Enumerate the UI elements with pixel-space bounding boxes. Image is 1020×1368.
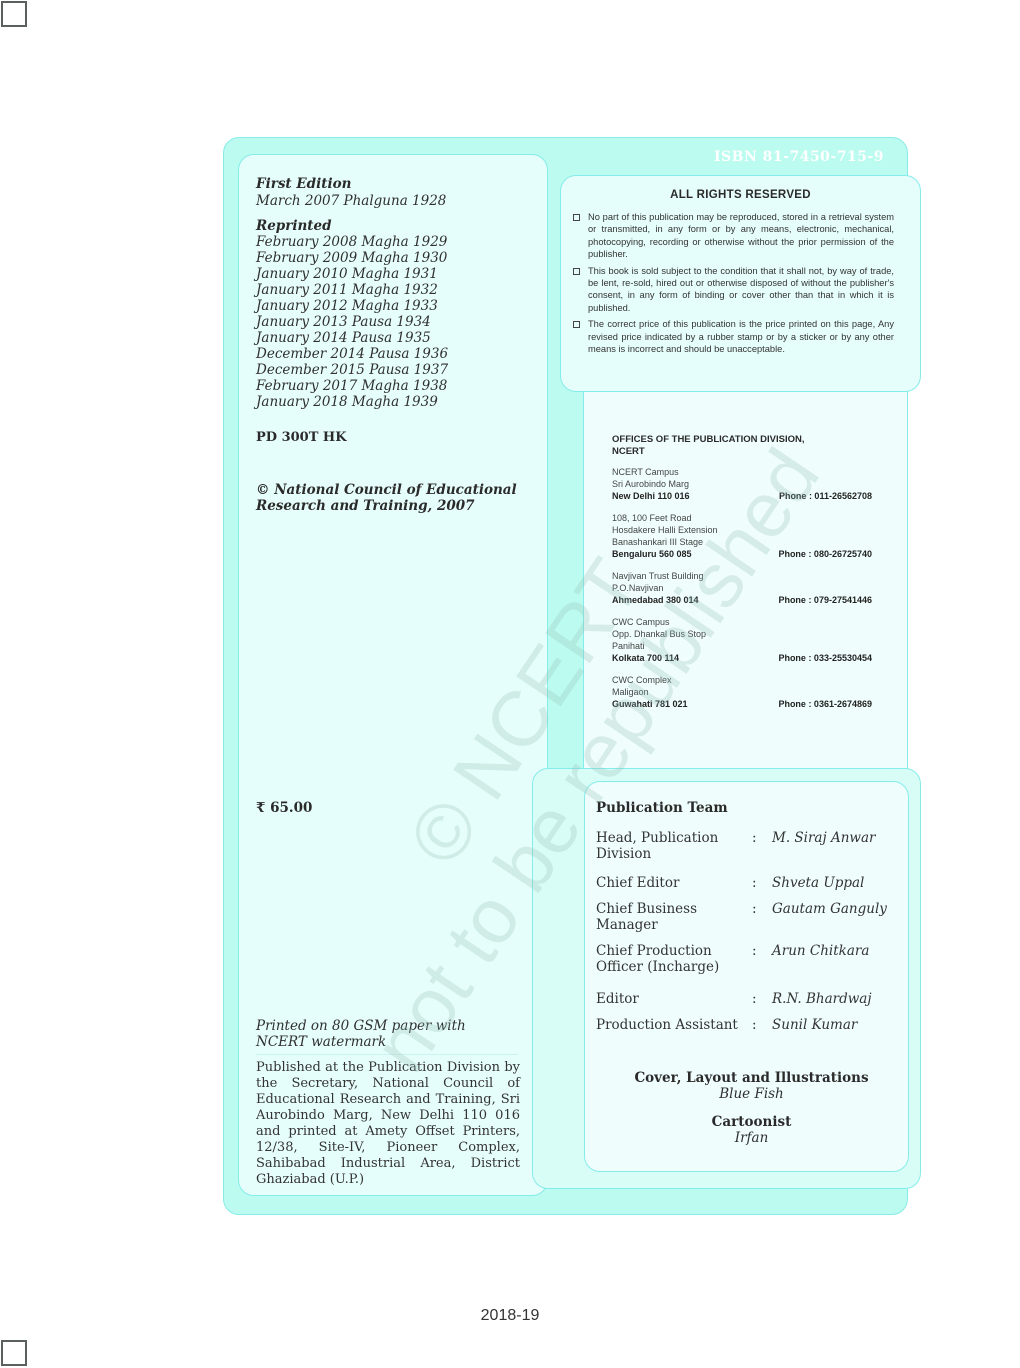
checkbox-bullet-icon	[573, 214, 580, 221]
reprint-history: Reprinted February 2008 Magha 1929 Febru…	[256, 218, 448, 410]
checkbox-bullet-icon	[573, 268, 580, 275]
rights-item-text: This book is sold subject to the conditi…	[588, 266, 894, 313]
team-separator: :	[752, 830, 757, 846]
team-member-name: Arun Chitkara	[772, 943, 869, 959]
team-role: Chief Production Officer (Incharge)	[596, 943, 746, 975]
checkbox-bullet-icon	[573, 321, 580, 328]
rights-title: ALL RIGHTS RESERVED	[560, 189, 921, 201]
copyright-notice: © National Council of Educational Resear…	[256, 482, 536, 514]
office-address-line: Hosdakere Halli Extension	[612, 524, 877, 536]
office-phone: Phone : 079-27541446	[778, 594, 872, 606]
office-phone: Phone : 033-25530454	[778, 652, 872, 664]
team-separator: :	[752, 875, 757, 891]
office-address-line: Panihati	[612, 640, 877, 652]
publisher-note: Published at the Publication Division by…	[256, 1060, 520, 1188]
offices-title: OFFICES OF THE PUBLICATION DIVISION, NCE…	[612, 434, 812, 458]
team-role: Head, Publication Division	[596, 830, 746, 862]
rights-item-text: No part of this publication may be repro…	[588, 212, 894, 259]
price: ₹ 65.00	[256, 800, 312, 816]
reprint-entry: January 2012 Magha 1933	[256, 298, 448, 314]
cartoonist-label: Cartoonist	[584, 1114, 919, 1130]
reprint-entry: December 2014 Pausa 1936	[256, 346, 448, 362]
crop-mark-bottom-left	[1, 1340, 27, 1366]
team-member-name: Gautam Ganguly	[772, 901, 887, 917]
reprinted-label: Reprinted	[256, 218, 448, 234]
team-separator: :	[752, 991, 757, 1007]
crop-mark-top-left	[1, 1, 27, 27]
footer-year: 2018-19	[0, 1307, 1020, 1325]
divider	[256, 1054, 518, 1055]
office-address-line: Sri Aurobindo Marg	[612, 478, 877, 490]
rights-list: No part of this publication may be repro…	[572, 211, 894, 359]
reprint-entry: January 2011 Magha 1932	[256, 282, 448, 298]
office-address-line: CWC Complex	[612, 674, 877, 686]
team-role: Chief Business Manager	[596, 901, 746, 933]
team-role: Editor	[596, 991, 746, 1007]
office-phone: Phone : 011-26562708	[779, 490, 872, 502]
team-member-name: Shveta Uppal	[772, 875, 864, 891]
office-entry: CWC ComplexMaligaonGuwahati 781 021Phone…	[612, 674, 877, 710]
office-address-line: P.O.Navjivan	[612, 582, 877, 594]
office-address-line: Navjivan Trust Building	[612, 570, 877, 582]
team-title: Publication Team	[596, 800, 728, 816]
cartoonist-credit: Cartoonist Irfan	[584, 1114, 919, 1146]
office-entry: NCERT CampusSri Aurobindo MargNew Delhi …	[612, 466, 877, 502]
cover-credit-name: Blue Fish	[584, 1086, 919, 1102]
cover-credit: Cover, Layout and Illustrations Blue Fis…	[584, 1070, 919, 1102]
office-entry: 108, 100 Feet RoadHosdakere Halli Extens…	[612, 512, 877, 560]
rights-item: The correct price of this publication is…	[572, 318, 894, 355]
cover-credit-label: Cover, Layout and Illustrations	[584, 1070, 919, 1086]
reprint-entry: January 2014 Pausa 1935	[256, 330, 448, 346]
reprint-entry: February 2009 Magha 1930	[256, 250, 448, 266]
team-role: Chief Editor	[596, 875, 746, 891]
office-address-line: Maligaon	[612, 686, 877, 698]
office-address-line: 108, 100 Feet Road	[612, 512, 877, 524]
team-member-name: R.N. Bhardwaj	[772, 991, 872, 1007]
reprint-entry: January 2010 Magha 1931	[256, 266, 448, 282]
team-separator: :	[752, 1017, 757, 1033]
cartoonist-name: Irfan	[584, 1130, 919, 1146]
isbn: ISBN 81-7450-715-9	[714, 149, 884, 165]
office-address-line: Opp. Dhankal Bus Stop	[612, 628, 877, 640]
reprint-entry: February 2017 Magha 1938	[256, 378, 448, 394]
first-edition-date: March 2007 Phalguna 1928	[256, 193, 446, 209]
office-address-line: Banashankari III Stage	[612, 536, 877, 548]
reprint-entry: February 2008 Magha 1929	[256, 234, 448, 250]
office-phone: Phone : 0361-2674869	[778, 698, 872, 710]
first-edition: First Edition March 2007 Phalguna 1928	[256, 176, 446, 209]
office-entry: CWC CampusOpp. Dhankal Bus StopPanihatiK…	[612, 616, 877, 664]
team-member-name: Sunil Kumar	[772, 1017, 857, 1033]
rights-item-text: The correct price of this publication is…	[588, 319, 894, 354]
office-address-line: NCERT Campus	[612, 466, 877, 478]
first-edition-label: First Edition	[256, 176, 446, 192]
rights-item: No part of this publication may be repro…	[572, 211, 894, 261]
reprint-entry: January 2018 Magha 1939	[256, 394, 448, 410]
team-role: Production Assistant	[596, 1017, 746, 1033]
reprint-entry: January 2013 Pausa 1934	[256, 314, 448, 330]
team-separator: :	[752, 943, 757, 959]
pd-code: PD 300T HK	[256, 430, 347, 445]
office-entry: Navjivan Trust BuildingP.O.NavjivanAhmed…	[612, 570, 877, 606]
team-separator: :	[752, 901, 757, 917]
team-member-name: M. Siraj Anwar	[772, 830, 875, 846]
rights-item: This book is sold subject to the conditi…	[572, 265, 894, 315]
office-address-line: CWC Campus	[612, 616, 877, 628]
office-phone: Phone : 080-26725740	[778, 548, 872, 560]
reprint-entry: December 2015 Pausa 1937	[256, 362, 448, 378]
paper-note: Printed on 80 GSM paper with NCERT water…	[256, 1018, 518, 1050]
